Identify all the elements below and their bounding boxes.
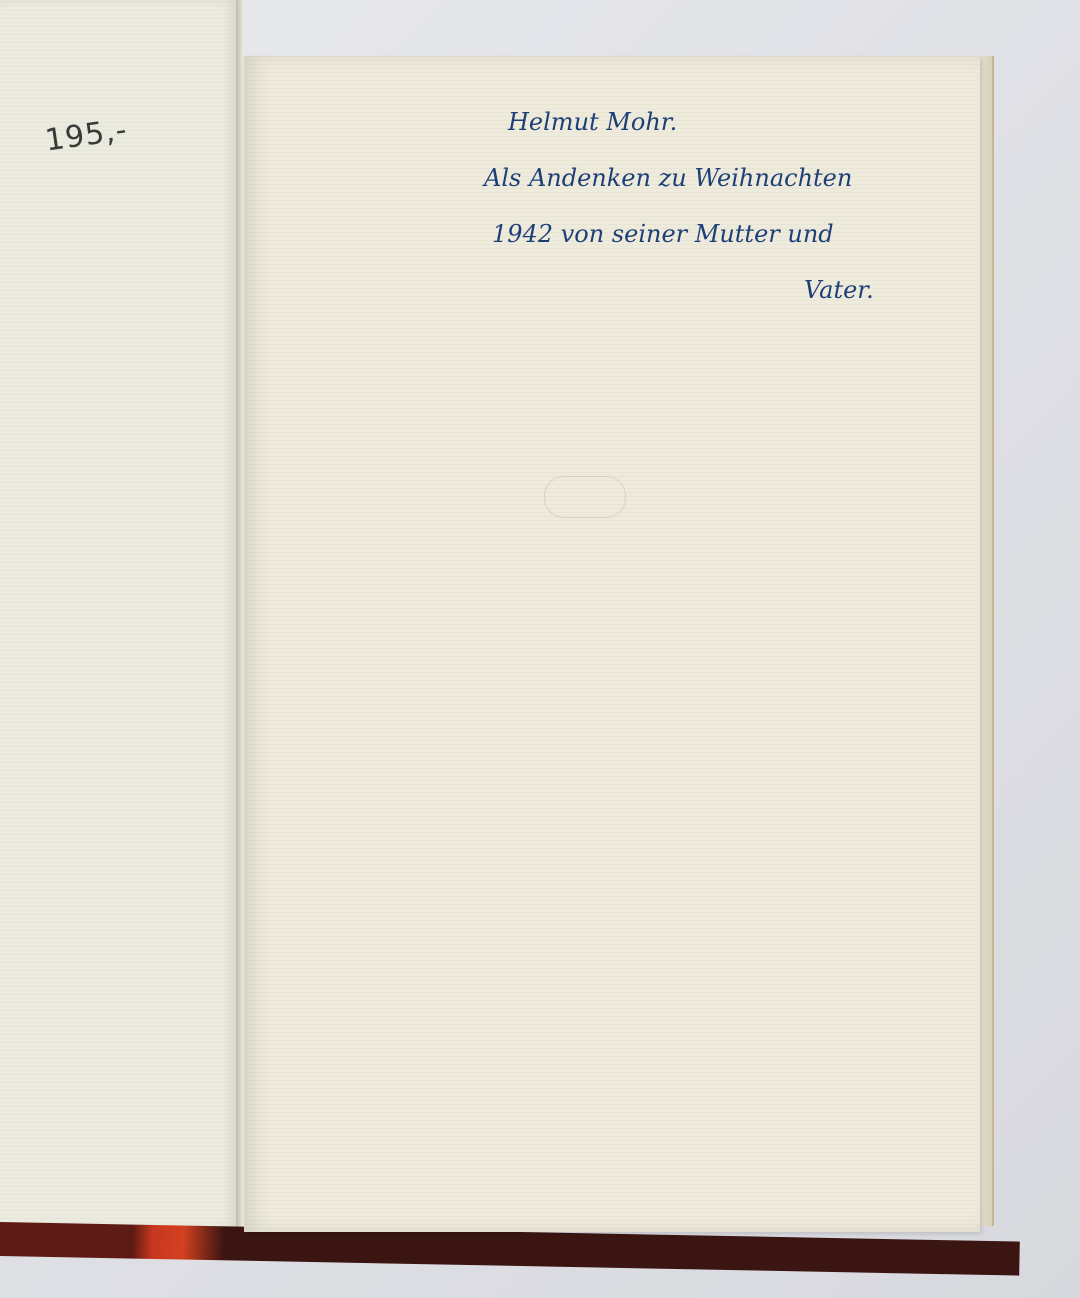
dedication-line-2: Als Andenken zu Weihnachten xyxy=(484,150,984,206)
faint-emblem-mark xyxy=(544,476,626,518)
book-gutter xyxy=(236,0,244,1230)
pencil-price-note: 195,- xyxy=(43,112,130,158)
dedication-line-4: Vater. xyxy=(804,262,984,318)
dedication-line-3: 1942 von seiner Mutter und xyxy=(492,206,984,262)
handwritten-dedication: Helmut Mohr. Als Andenken zu Weihnachten… xyxy=(484,94,984,318)
right-endpaper: Helmut Mohr. Als Andenken zu Weihnachten… xyxy=(244,56,980,1232)
left-endpaper: 195,- xyxy=(0,0,236,1230)
dedication-name: Helmut Mohr. xyxy=(508,94,984,150)
